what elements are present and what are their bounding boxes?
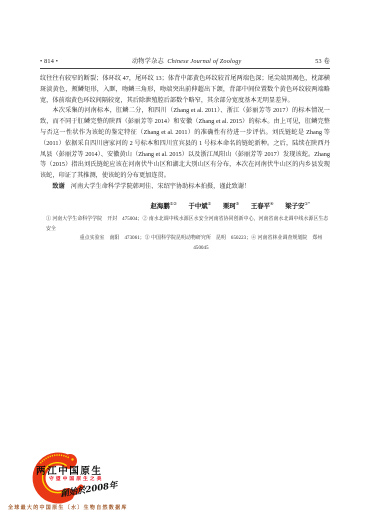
running-head: • 814 • 动物学杂志 Chinese Journal of Zoology…	[40, 56, 330, 65]
author-affiliation-sup: ①②	[170, 201, 177, 206]
author-name-text: 赵海鹏	[151, 203, 170, 210]
author-name-text: 于中斌	[189, 203, 208, 210]
author-name: 于中斌②	[189, 203, 212, 210]
author-name: 王春平④	[251, 203, 274, 210]
journal-title-cn: 动物学杂志	[132, 58, 164, 65]
author-affiliation-sup: ②	[208, 201, 212, 206]
journal-title-en: Chinese Journal of Zoology	[167, 58, 241, 65]
affiliation-line: 重点实验室 南阳 473061；③ 中国科学院昆明动物研究所 昆明 650223…	[40, 234, 332, 253]
author-name-text: 王春平	[251, 203, 270, 210]
author-name: 栗珂③	[223, 203, 239, 210]
article-body: 纹往往有较窄的断裂；体环纹 47，尾环纹 13；体背中部黄色环纹较首尾两端色深；…	[40, 74, 330, 193]
publisher-stamp: 两江中国原生 守望中国原生之美 創始於2008年	[12, 450, 212, 508]
author-name-text: 梁子安	[285, 203, 304, 210]
header-rule	[40, 68, 330, 69]
acknowledgment-text: 河南大学生命科学学院韩珂佳、宋绍宇协助标本拍摄，谨此致谢！	[71, 183, 250, 190]
acknowledgment-label: 致谢	[52, 183, 64, 190]
author-name: 梁子安①*	[285, 203, 310, 210]
author-line: 赵海鹏①② 于中斌② 栗珂③ 王春平④ 梁子安①*	[151, 201, 310, 210]
stamp-caption: 全球最大的中国原生〔水〕生物自然数据库	[8, 504, 128, 511]
affiliations: ① 河南大学生命科学学院 开封 475004；② 南水北调中线水源区水安全河南省…	[40, 215, 332, 253]
volume-number: 53 卷	[315, 56, 330, 65]
acknowledgment: 致谢河南大学生命科学学院韩珂佳、宋绍宇协助标本拍摄，谨此致谢！	[40, 182, 330, 193]
journal-page: • 814 • 动物学杂志 Chinese Journal of Zoology…	[0, 0, 368, 520]
author-affiliation-sup: ③	[236, 201, 240, 206]
author-affiliation-sup: ④	[270, 201, 274, 206]
journal-title: 动物学杂志 Chinese Journal of Zoology	[132, 56, 242, 65]
author-name-text: 栗珂	[223, 203, 236, 210]
affiliation-line: ① 河南大学生命科学学院 开封 475004；② 南水北调中线水源区水安全河南省…	[40, 215, 332, 234]
paragraph-continued: 纹往往有较窄的断裂；体环纹 47，尾环纹 13；体背中部黄色环纹较首尾两端色深；…	[40, 74, 330, 106]
paragraph: 本次采集的河南标本，肛鳞二分，和四川（Zhang et al. 2011）、浙江…	[40, 106, 330, 182]
page-number: • 814 •	[40, 58, 58, 65]
author-name: 赵海鹏①②	[151, 203, 177, 210]
author-affiliation-sup: ①*	[304, 201, 310, 206]
